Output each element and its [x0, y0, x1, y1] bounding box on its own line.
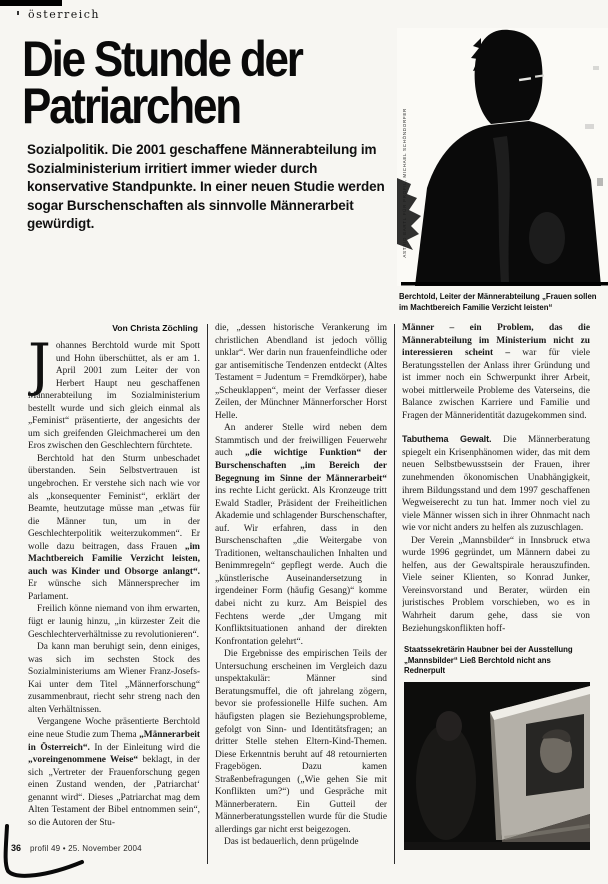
berchtold-photo-art: [397, 28, 608, 286]
exhibition-photo-art: [404, 682, 590, 850]
standfirst: Sozialpolitik. Die 2001 geschaffene Männ…: [27, 141, 391, 234]
article-headline: Die Stunde der Patriarchen: [22, 36, 302, 130]
byline: Von Christa Zöchling: [28, 323, 198, 333]
page-corner-bar: [0, 0, 62, 6]
page-footer: 36 profil 49 • 25. November 2004: [11, 843, 142, 853]
photo-credit: ASTRID BARTL FÜR PROFIL, MICHAEL SCHÖNDO…: [402, 108, 407, 258]
article-paragraph: Vergangene Woche präsentierte Berchtold …: [28, 716, 200, 829]
issue-line: profil 49 • 25. November 2004: [30, 844, 142, 853]
article-paragraph: Da kann man beruhigt sein, denn einiges,…: [28, 641, 200, 716]
column-rule: [394, 324, 395, 864]
berchtold-photo: ASTRID BARTL FÜR PROFIL, MICHAEL SCHÖNDO…: [397, 28, 608, 286]
headline-line-2: Patriarchen: [22, 83, 302, 130]
article-column-text: die, „dessen historische Verankerung im …: [215, 322, 387, 849]
article-paragraph: An anderer Stelle wird neben dem Stammti…: [215, 422, 387, 648]
bottom-photo-caption: Staatssekretärin Haubner bei der Ausstel…: [404, 645, 590, 677]
column-rule: [207, 324, 208, 864]
page-number: 36: [11, 843, 21, 853]
article-paragraph: Johannes Berchtold wurde mit Spott und H…: [28, 340, 200, 453]
article-column-3: Männer – ein Problem, das die Männerabte…: [402, 322, 590, 872]
article-paragraph: Männer – ein Problem, das die Männerabte…: [402, 322, 590, 422]
print-mark: [17, 11, 19, 15]
article-body: Von Christa Zöchling Johannes Berchtold …: [28, 322, 594, 872]
article-column-1: Von Christa Zöchling Johannes Berchtold …: [28, 322, 200, 872]
paragraph-lead-in: Tabuthema Gewalt.: [402, 434, 491, 444]
drop-cap: J: [28, 340, 56, 387]
headline-line-1: Die Stunde der: [22, 36, 302, 83]
article-paragraph: die, „dessen historische Verankerung im …: [215, 322, 387, 422]
section-label: österreich: [28, 8, 100, 21]
page-corner-mark: [0, 824, 90, 884]
article-column-text: Männer – ein Problem, das die Männerabte…: [402, 322, 590, 635]
exhibition-photo: [404, 682, 590, 850]
article-paragraph: Berchtold hat den Sturm unbeschadet über…: [28, 453, 200, 604]
article-column-2: die, „dessen historische Verankerung im …: [215, 322, 387, 872]
article-paragraph: Das ist bedauerlich, denn prügelnde: [215, 836, 387, 849]
article-column-text: Johannes Berchtold wurde mit Spott und H…: [28, 340, 200, 829]
top-photo-caption: Berchtold, Leiter der Männerabteilung „F…: [399, 292, 601, 313]
article-paragraph: Freilich könne niemand von ihm erwarten,…: [28, 603, 200, 641]
article-paragraph: Der Verein „Mannsbilder“ in Innsbruck et…: [402, 535, 590, 635]
article-paragraph: Die Ergebnisse des empirischen Teils der…: [215, 648, 387, 836]
article-paragraph: Tabuthema Gewalt. Die Männerberatung spi…: [402, 433, 590, 534]
